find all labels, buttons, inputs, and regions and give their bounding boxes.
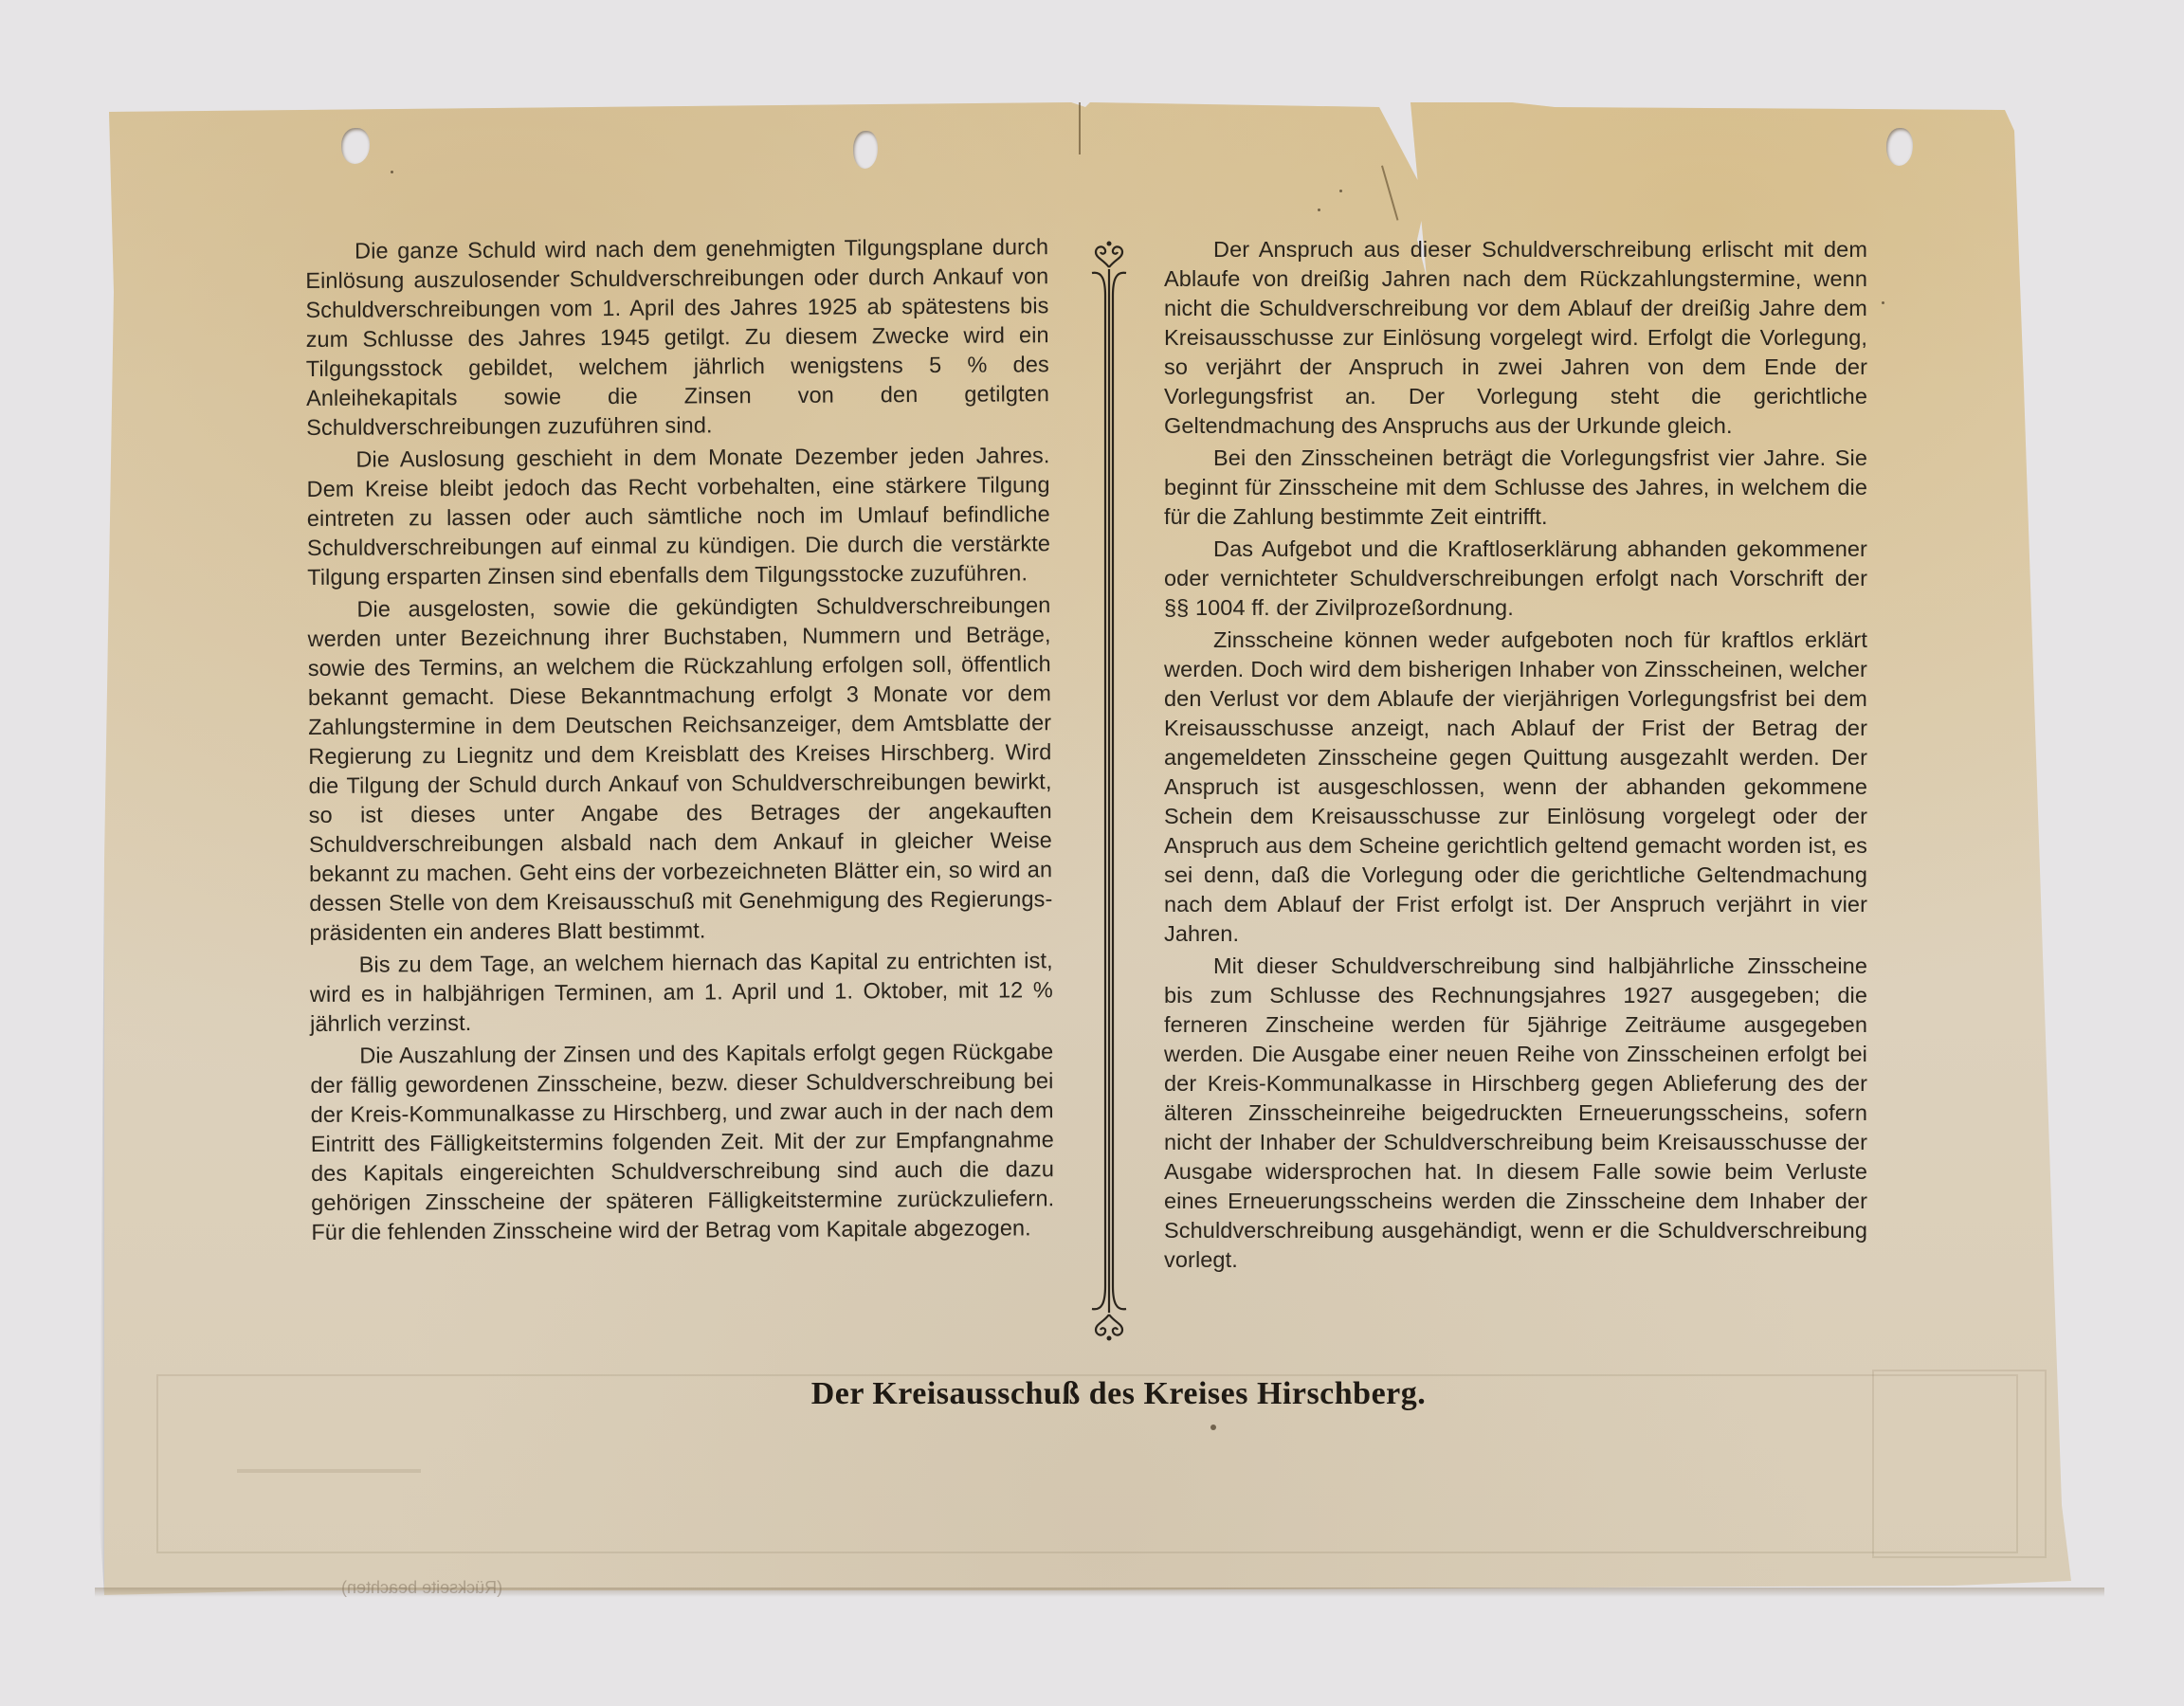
paper-tear-center	[1079, 102, 1081, 154]
paragraph-zinsscheine-verlust: Zinsscheine können weder aufgeboten noch…	[1164, 626, 1867, 949]
show-through-text: (Rückseite beachten)	[341, 1578, 502, 1598]
show-through-grid-cell	[1872, 1370, 2047, 1558]
paragraph-aufgebot: Das Aufgebot und die Kraftloserklärung a…	[1164, 535, 1867, 623]
paragraph-auszahlung: Die Auszahlung der Zinsen und des Kapita…	[310, 1037, 1054, 1247]
paragraph-tilgungsplan: Die ganze Schuld wird nach dem genehmigt…	[305, 232, 1049, 443]
paper-fleck	[391, 171, 393, 173]
paper-fleck	[1882, 301, 1884, 304]
paper-fleck	[1339, 190, 1342, 192]
double-scroll-column-divider-icon	[1088, 239, 1130, 1343]
paper-fleck	[1318, 209, 1320, 211]
paragraph-verjaehrung: Der Anspruch aus dieser Schuldverschreib…	[1164, 235, 1867, 441]
show-through-grid-cell	[237, 1469, 421, 1473]
issuer-signature: Der Kreisausschuß des Kreises Hirschberg…	[730, 1376, 1507, 1412]
left-text-column: Die ganze Schuld wird nach dem genehmigt…	[305, 232, 1054, 1247]
paragraph-zinsscheine-ausgabe: Mit dieser Schuldverschreibung sind halb…	[1164, 952, 1867, 1275]
paragraph-vorlegungsfrist: Bei den Zinsscheinen beträgt die Vorlegu…	[1164, 444, 1867, 532]
paragraph-bekanntmachung: Die ausgelosten, sowie die gekündigten S…	[307, 590, 1052, 948]
right-text-column: Der Anspruch aus dieser Schuldverschreib…	[1164, 235, 1867, 1275]
paper-fleck	[1210, 1425, 1216, 1430]
paragraph-verzinsung: Bis zu dem Tage, an welchem hiernach das…	[310, 946, 1054, 1039]
paragraph-auslosung: Die Auslosung geschieht in dem Monate De…	[306, 441, 1050, 592]
